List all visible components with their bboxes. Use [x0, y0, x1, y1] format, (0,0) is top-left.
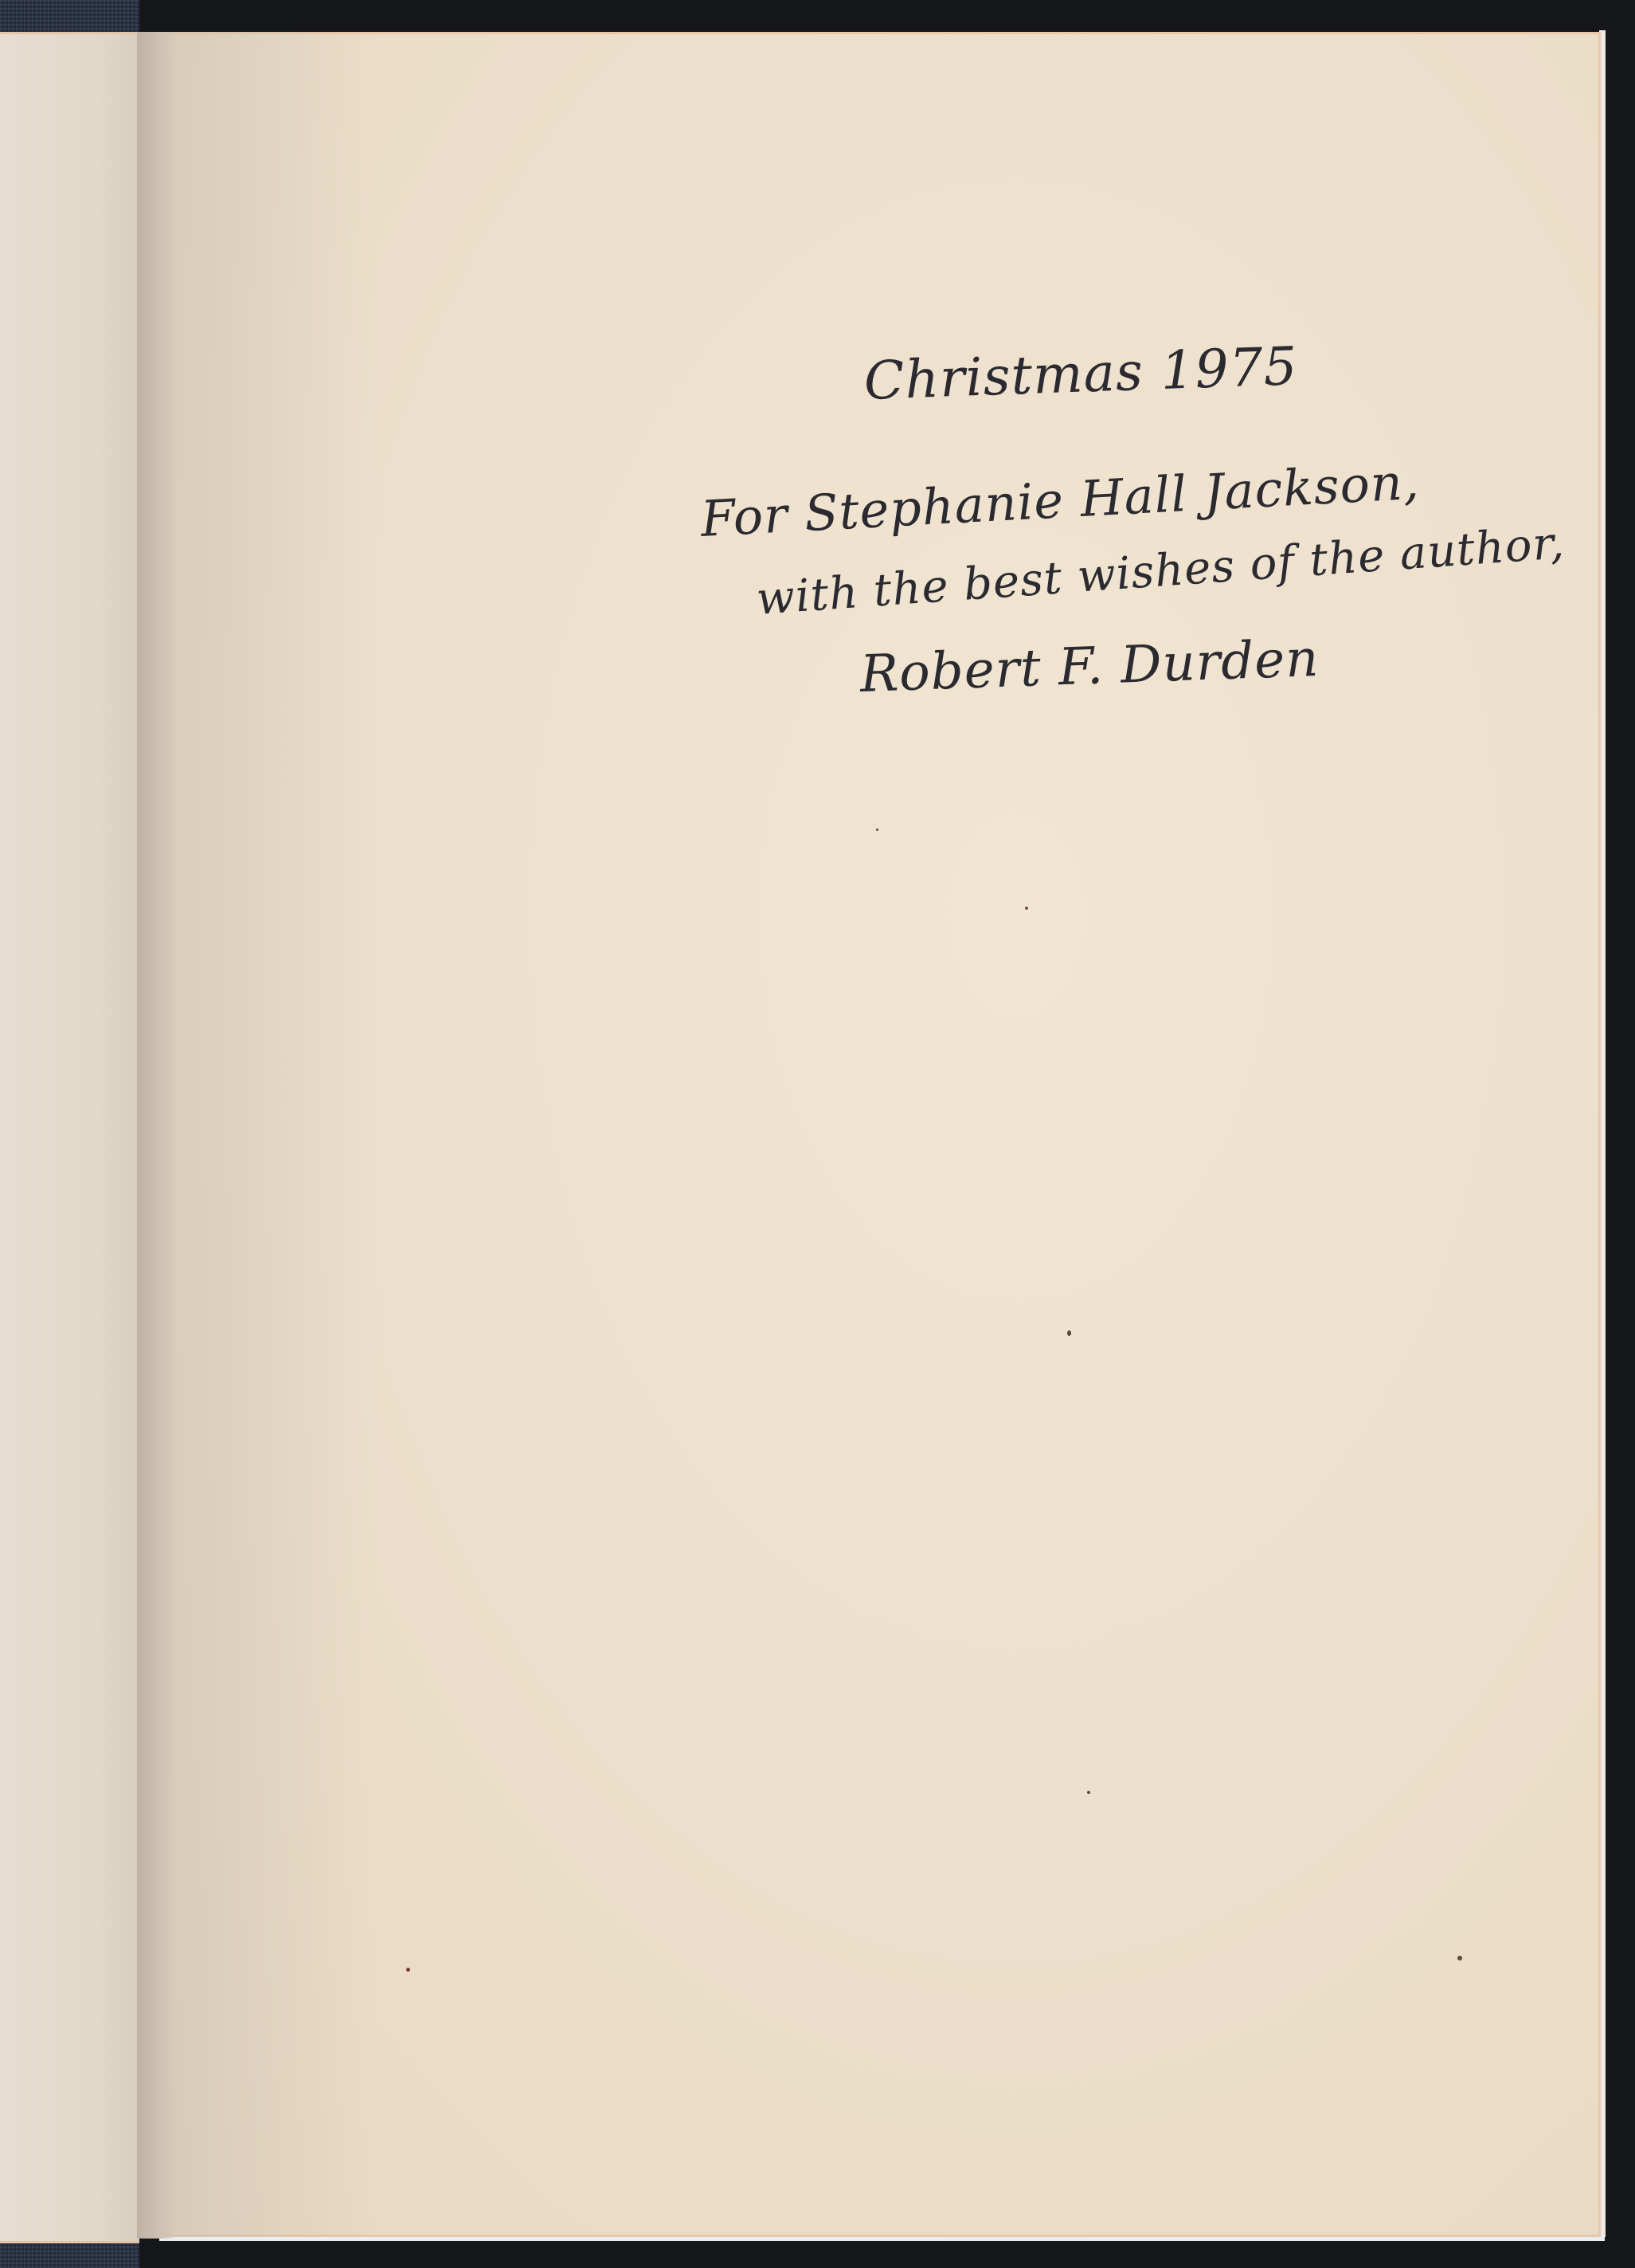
gutter-shadow — [137, 32, 177, 2239]
flyleaf-page: Christmas 1975 For Stephanie Hall Jackso… — [139, 32, 1601, 2237]
paper-speck — [1025, 907, 1028, 910]
paper-speck — [876, 828, 878, 831]
paper-speck — [406, 1968, 410, 1972]
handwritten-inscription: Christmas 1975 For Stephanie Hall Jackso… — [139, 32, 1601, 2237]
paper-speck — [1457, 1956, 1462, 1961]
author-signature: Robert F. Durden — [859, 629, 1320, 704]
pastedown-hinge — [0, 32, 139, 2243]
paper-speck — [1087, 1791, 1090, 1794]
inscription-date: Christmas 1975 — [863, 335, 1299, 412]
paper-speck — [1067, 1330, 1071, 1336]
inscription-dedication: For Stephanie Hall Jackson, — [699, 452, 1421, 548]
page-bottom-edge — [159, 2237, 1605, 2241]
